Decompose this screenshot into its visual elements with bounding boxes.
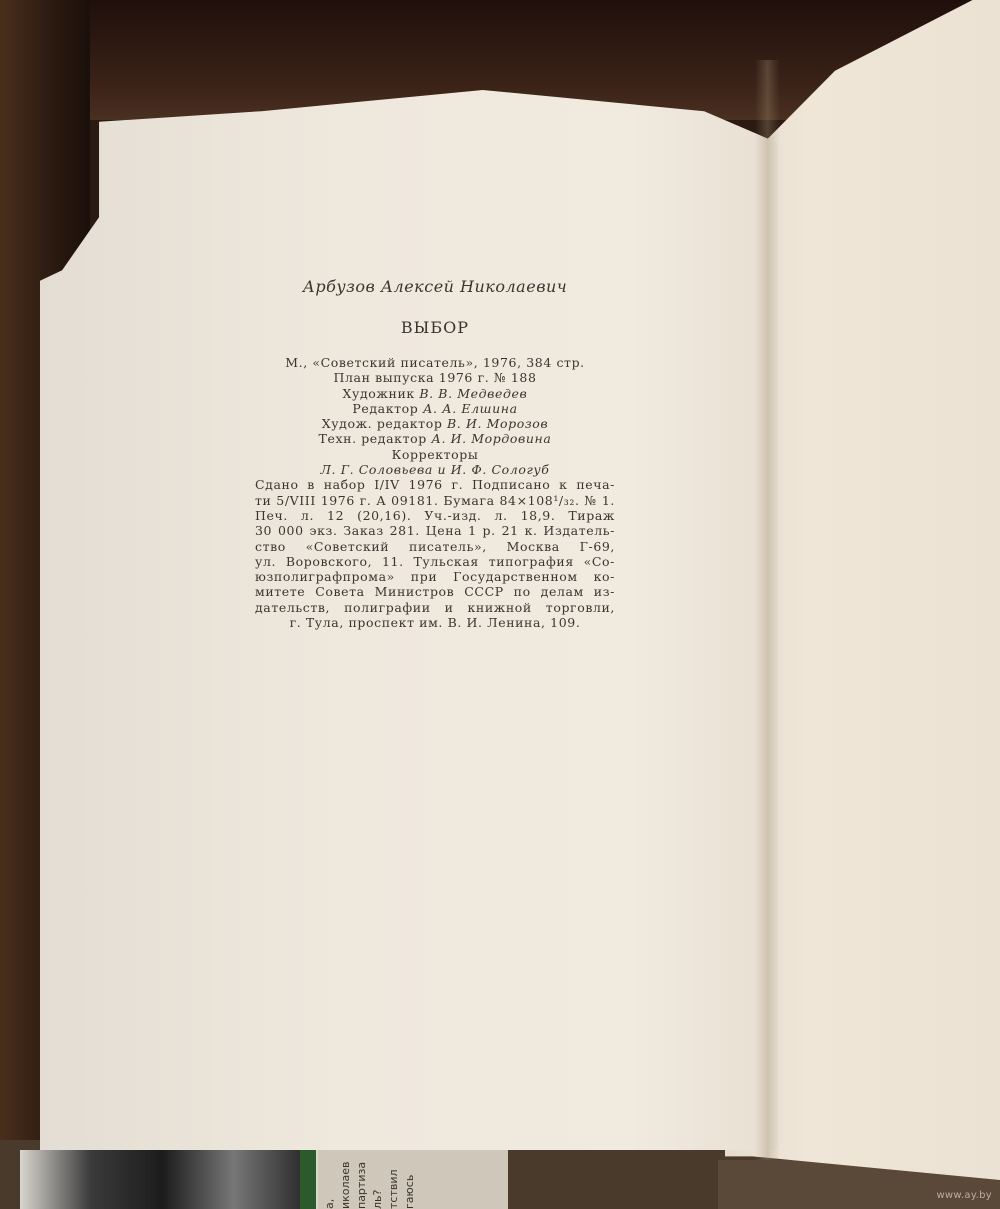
imprint-line: Корректоры (255, 447, 615, 462)
imprint-role: Художник (343, 386, 420, 401)
imprint-role: Редактор (352, 401, 423, 416)
background-photo (20, 1150, 305, 1209)
imprint-line: г. Тула, проспект им. В. И. Ленина, 109. (255, 615, 615, 630)
book-title: ВЫБОР (255, 318, 615, 337)
imprint-line: ти 5/VIII 1976 г. А 09181. Бумага 84×108… (255, 493, 615, 508)
imprint-role: Худож. редактор (322, 416, 447, 431)
imprint-line: Редактор А. А. Елшина (255, 401, 615, 416)
imprint-line: План выпуска 1976 г. № 188 (255, 370, 615, 385)
imprint-line: М., «Советский писатель», 1976, 384 стр. (255, 355, 615, 370)
imprint-person: А. И. Мордовина (431, 431, 551, 446)
imprint-person: В. В. Медведев (419, 386, 527, 401)
imprint-line: Л. Г. Соловьева и И. Ф. Сологуб (255, 462, 615, 477)
author-name: Арбузов Алексей Николаевич (255, 277, 615, 296)
imprint-person: В. И. Морозов (447, 416, 548, 431)
imprint-person: Л. Г. Соловьева и И. Ф. Сологуб (321, 462, 550, 477)
imprint-line: Сдано в набор I/IV 1976 г. Подписано к п… (255, 477, 615, 492)
imprint-block: Арбузов Алексей Николаевич ВЫБОР М., «Со… (255, 277, 615, 630)
imprint-line: митете Совета Министров СССР по делам из… (255, 584, 615, 599)
imprint-line: Художник В. В. Медведев (255, 386, 615, 401)
imprint-person: А. А. Елшина (423, 401, 518, 416)
imprint-line: 30 000 экз. Заказ 281. Цена 1 р. 21 к. И… (255, 523, 615, 538)
imprint-role: Техн. редактор (319, 431, 432, 446)
watermark: www.ay.by (936, 1190, 992, 1201)
imprint-lines: М., «Советский писатель», 1976, 384 стр.… (255, 355, 615, 630)
imprint-line: Печ. л. 12 (20,16). Уч.-изд. л. 18,9. Ти… (255, 508, 615, 523)
imprint-line: дательств, полиграфии и книжной торговли… (255, 600, 615, 615)
imprint-line: Худож. редактор В. И. Морозов (255, 416, 615, 431)
book-gutter (755, 60, 780, 1160)
imprint-line: ство «Советский писатель», Москва Г-69, (255, 539, 615, 554)
background-book-text: а, иколаев партиза ль? тствил гаюсь (322, 1150, 502, 1209)
imprint-line: Техн. редактор А. И. Мордовина (255, 431, 615, 446)
background-book-spine-stripe (300, 1150, 319, 1209)
imprint-line: юзполиграфпрома» при Государственном ко- (255, 569, 615, 584)
imprint-line: ул. Воровского, 11. Тульская типография … (255, 554, 615, 569)
